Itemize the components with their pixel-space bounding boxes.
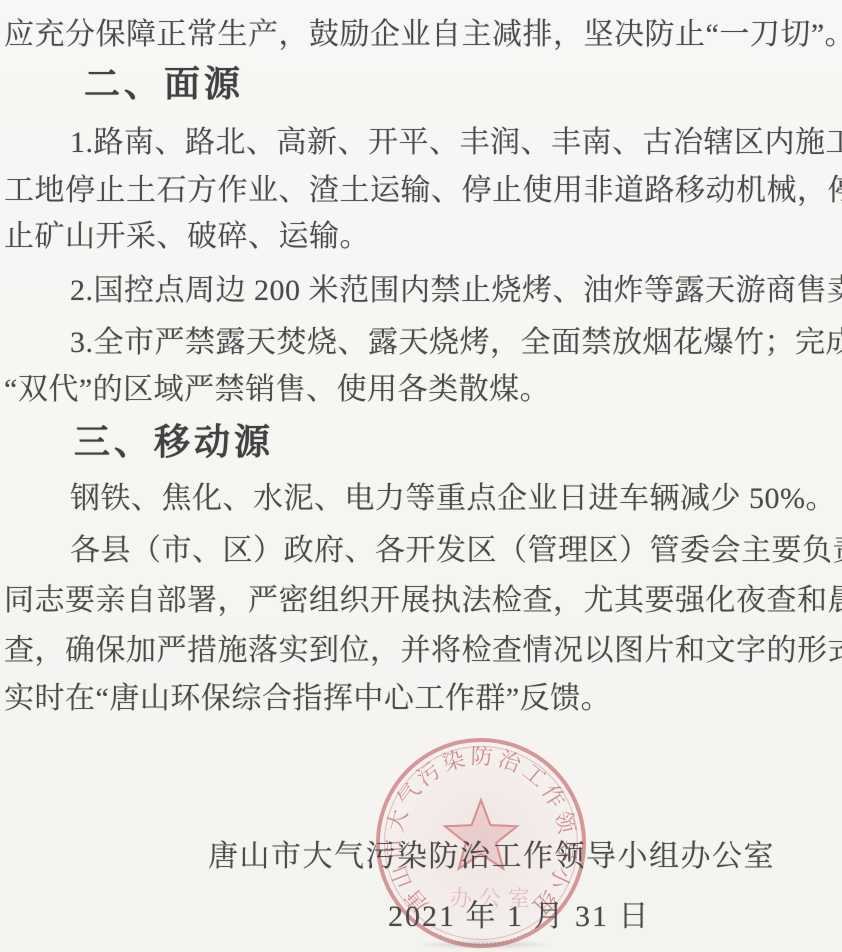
document-line: 查，确保加严措施落实到位，并将检查情况以图片和文字的形式 <box>4 628 842 674</box>
document-line: 工地停止土石方作业、渣土运输、停止使用非道路移动机械，停 <box>4 168 842 214</box>
document-date: 2021 年 1 月 31 日 <box>388 891 651 935</box>
document-line: “双代”的区域严禁销售、使用各类散煤。 <box>4 367 550 413</box>
document-line: 实时在“唐山环保综合指挥中心工作群”反馈。 <box>4 676 611 722</box>
document-line: 止矿山开采、破碎、运输。 <box>4 214 370 260</box>
document-line: 同志要亲自部署，严密组织开展执法检查，尤其要强化夜查和晨 <box>4 578 842 624</box>
document-line: 2.国控点周边 200 米范围内禁止烧烤、油炸等露天游商售卖。 <box>70 268 842 314</box>
document-line: 应充分保障正常生产，鼓励企业自主减排，坚决防止“一刀切”。 <box>4 12 842 58</box>
issuing-office-signature: 唐山市大气污染防治工作领导小组办公室 <box>208 831 775 875</box>
document-line: 1.路南、路北、高新、开平、丰润、丰南、古冶辖区内施工 <box>70 120 842 166</box>
scan-smudge <box>420 940 550 949</box>
document-line: 钢铁、焦化、水泥、电力等重点企业日进车辆减少 50%。 <box>70 476 836 522</box>
section-heading: 二、面源 <box>84 62 244 108</box>
section-heading: 三、移动源 <box>74 420 274 466</box>
scanned-document-page: 应充分保障正常生产，鼓励企业自主减排，坚决防止“一刀切”。 二、面源 1.路南、… <box>0 0 842 952</box>
document-line: 各县（市、区）政府、各开发区（管理区）管委会主要负责 <box>70 528 842 574</box>
document-line: 3.全市严禁露天焚烧、露天烧烤，全面禁放烟花爆竹；完成 <box>70 320 842 366</box>
